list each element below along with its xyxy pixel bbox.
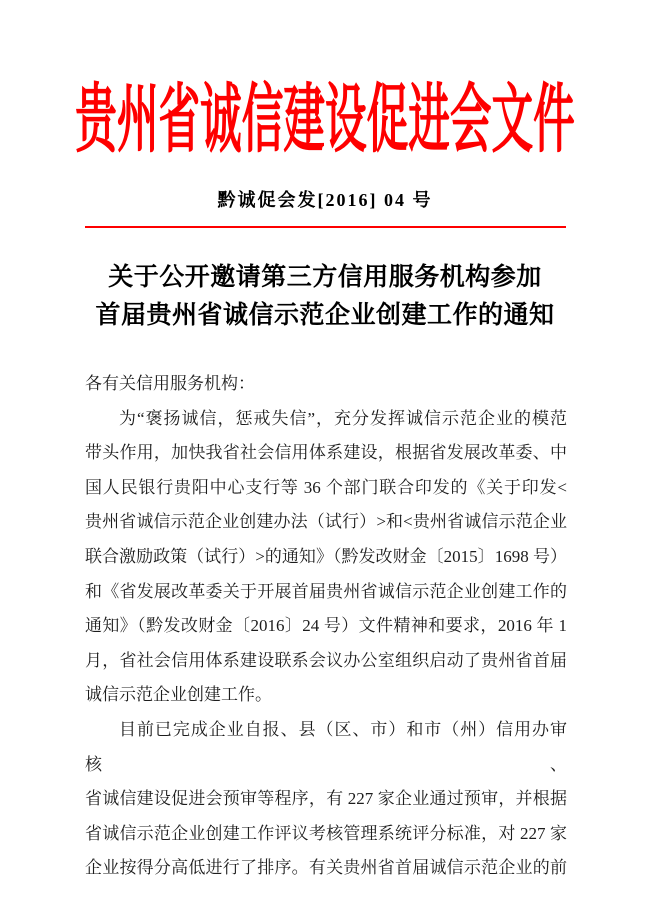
document-page: 贵州省诚信建设促进会文件 黔诚促会发[2016] 04 号 关于公开邀请第三方信… <box>0 0 650 919</box>
paragraph-line: 月，省社会信用体系建设联系会议办公室组织启动了贵州省首届 <box>85 644 567 679</box>
paragraph-line: 目前已完成企业自报、县（区、市）和市（州）信用办审核、 <box>85 713 567 782</box>
paragraph-line: 和《省发展改革委关于开展首届贵州省诚信示范企业创建工作的 <box>85 575 567 610</box>
document-number: 黔诚促会发[2016] 04 号 <box>0 186 650 212</box>
paragraph-line: 贵州省诚信示范企业创建办法（试行）>和<贵州省诚信示范企业 <box>85 505 567 540</box>
paragraph-line: 企业按得分高低进行了排序。有关贵州省首届诚信示范企业的前 <box>85 851 567 886</box>
document-header-title: 贵州省诚信建设促进会文件 <box>75 82 575 160</box>
header-divider-line <box>85 226 566 228</box>
paragraph-line: 省诚信示范企业创建工作评议考核管理系统评分标准，对 227 家 <box>85 817 567 852</box>
paragraph-line: 通知》（黔发改财金〔2016〕24 号）文件精神和要求，2016 年 1 <box>85 609 567 644</box>
paragraph-line: 诚信示范企业创建工作。 <box>85 678 567 713</box>
document-title-line-1: 关于公开邀请第三方信用服务机构参加 <box>0 259 650 297</box>
paragraph-line: 省诚信建设促进会预审等程序，有 227 家企业通过预审，并根据 <box>85 782 567 817</box>
document-title: 关于公开邀请第三方信用服务机构参加 首届贵州省诚信示范企业创建工作的通知 <box>0 259 650 335</box>
paragraph-line: 为“褒扬诚信，惩戒失信”，充分发挥诚信示范企业的模范 <box>85 402 567 437</box>
document-body: 各有关信用服务机构： 为“褒扬诚信，惩戒失信”，充分发挥诚信示范企业的模范带头作… <box>85 367 567 886</box>
salutation: 各有关信用服务机构： <box>85 367 567 402</box>
paragraph-line: 带头作用，加快我省社会信用体系建设，根据省发展改革委、中 <box>85 436 567 471</box>
paragraph-line: 国人民银行贵阳中心支行等 36 个部门联合印发的《关于印发< <box>85 471 567 506</box>
document-title-line-2: 首届贵州省诚信示范企业创建工作的通知 <box>0 297 650 335</box>
paragraph-line: 联合激励政策（试行）>的通知》（黔发改财金〔2015〕1698 号） <box>85 540 567 575</box>
